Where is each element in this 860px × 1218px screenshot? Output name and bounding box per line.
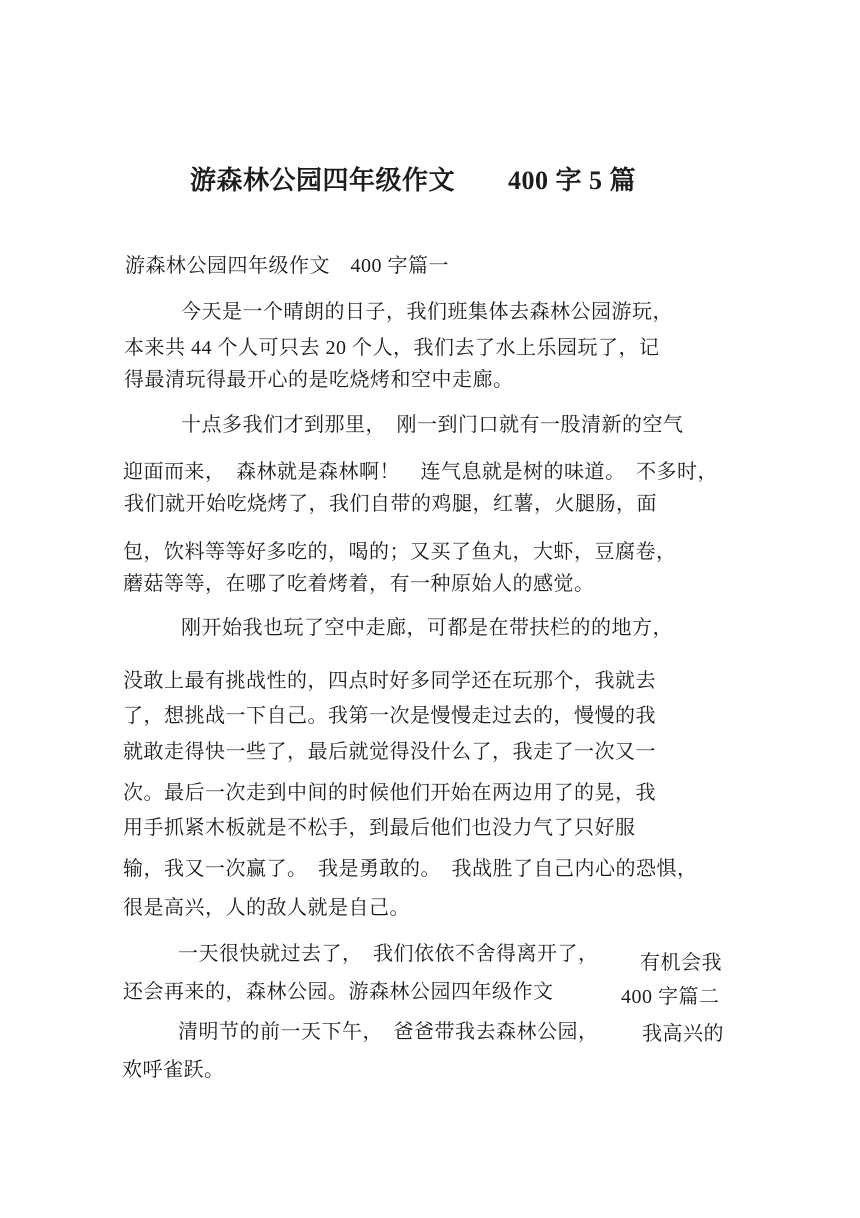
text-line: 欢呼雀跃。 bbox=[122, 1058, 225, 1082]
text-line: 还会再来的，森林公园。游森林公园四年级作文 bbox=[123, 980, 554, 1004]
text-line: 刚开始我也玩了空中走廊，可都是在带扶栏的的地方， bbox=[181, 616, 673, 640]
section-heading: 游森林公园四年级作文 400 字篇一 bbox=[125, 249, 449, 278]
text-line: 了，想挑战一下自己。我第一次是慢慢走过去的，慢慢的我 bbox=[123, 704, 656, 728]
text-line: 蘑菇等等，在哪了吃着烤着，有一种原始人的感觉。 bbox=[123, 572, 595, 596]
text-line: 一天很快就过去了， 我们依依不舍得离开了， bbox=[178, 942, 599, 966]
text-line: 就敢走得快一些了，最后就觉得没什么了，我走了一次又一 bbox=[123, 740, 656, 764]
text-line: 用手抓紧木板就是不松手，到最后他们也没力气了只好服 bbox=[123, 816, 636, 840]
text-line: 我们就开始吃烧烤了，我们自带的鸡腿，红薯，火腿肠，面 bbox=[124, 492, 657, 516]
document-page: 游森林公园四年级作文 400 字 5 篇 游森林公园四年级作文 400 字篇一 … bbox=[0, 0, 860, 1218]
text-line: 400 字篇二 bbox=[621, 985, 720, 1009]
text-line: 有机会我 bbox=[640, 951, 722, 975]
text-line: 清明节的前一天下午， 爸爸带我去森林公园， bbox=[178, 1020, 599, 1044]
document-title: 游森林公园四年级作文 400 字 5 篇 bbox=[190, 160, 636, 197]
text-line: 很是高兴，人的敌人就是自己。 bbox=[123, 896, 410, 920]
text-line: 迎面而来， 森林就是森林啊！ 连气息就是树的味道。 不多时， bbox=[123, 460, 718, 484]
text-line: 得最清玩得最开心的是吃烧烤和空中走廊。 bbox=[124, 368, 514, 392]
text-line: 我高兴的 bbox=[642, 1022, 724, 1046]
text-line: 没敢上最有挑战性的，四点时好多同学还在玩那个，我就去 bbox=[123, 669, 656, 693]
text-line: 输，我又一次赢了。 我是勇敢的。 我战胜了自己内心的恐惧， bbox=[123, 857, 698, 881]
text-line: 次。最后一次走到中间的时候他们开始在两边用了的晃，我 bbox=[123, 781, 656, 805]
text-line: 包，饮料等等好多吃的，喝的；又买了鱼丸，大虾，豆腐卷， bbox=[123, 540, 677, 564]
text-line: 十点多我们才到那里， 刚一到门口就有一股清新的空气 bbox=[181, 413, 684, 437]
text-line: 本来共 44 个人可只去 20 个人，我们去了水上乐园玩了，记 bbox=[124, 336, 660, 360]
text-line: 今天是一个晴朗的日子，我们班集体去森林公园游玩， bbox=[181, 300, 673, 324]
